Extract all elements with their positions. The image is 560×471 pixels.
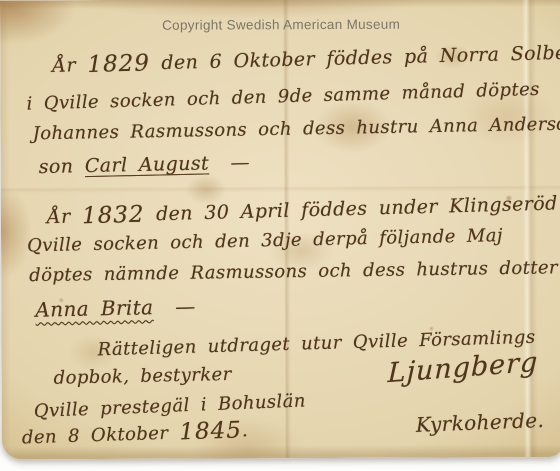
attestation-date-prefix: den 8 Oktober bbox=[22, 423, 169, 449]
signature-title: Kyrkoherde. bbox=[415, 408, 544, 437]
attestation-year: 1845 bbox=[179, 417, 242, 445]
entry1-line1-prefix: År bbox=[52, 54, 76, 77]
attestation-date-period: . bbox=[242, 420, 249, 441]
entry2-line1-prefix: År bbox=[47, 206, 71, 229]
entry1-line3: Johannes Rasmussons och dess hustru Anna… bbox=[32, 113, 560, 145]
attestation-date: den 8 Oktober 1845. bbox=[22, 417, 249, 450]
entry2-line4: Anna Brita — bbox=[35, 294, 195, 321]
entry1-line4-prefix: son bbox=[39, 155, 74, 178]
entry2-line3: döptes nämnde Rasmussons och dess hustru… bbox=[29, 257, 558, 286]
entry1-line1-rest: den 6 Oktober föddes på Norra Solberg bbox=[161, 41, 560, 74]
entry2-line1-rest: den 30 April föddes under Klingseröd i bbox=[156, 192, 560, 225]
entry2-line1: År 1832 den 30 April föddes under Klings… bbox=[47, 190, 560, 230]
child-name-carl-august: Carl August bbox=[85, 152, 210, 177]
dash: — bbox=[220, 152, 249, 175]
child-name-anna-brita: Anna Brita bbox=[35, 295, 154, 322]
entry1-year: 1829 bbox=[87, 50, 150, 78]
attestation-line2: dopbok, bestyrker bbox=[53, 364, 231, 389]
entry1-line2: i Qville socken och den 9de samme månad … bbox=[26, 79, 540, 115]
entry1-line4: son Carl August — bbox=[39, 152, 250, 179]
aged-paper: Copyright Swedish American Museum År 182… bbox=[0, 0, 560, 459]
scanned-document-photo: Copyright Swedish American Museum År 182… bbox=[0, 0, 560, 471]
attestation-place: Qville prestegäl i Bohuslän bbox=[33, 390, 306, 422]
entry1-line1: År 1829 den 6 Oktober föddes på Norra So… bbox=[52, 39, 560, 79]
signature-name: Ljungberg bbox=[387, 347, 538, 389]
dash: — bbox=[165, 294, 196, 319]
entry2-line2: Qville socken och den 3dje derpå följand… bbox=[27, 225, 503, 256]
entry2-year: 1832 bbox=[82, 202, 145, 230]
copyright-watermark: Copyright Swedish American Museum bbox=[0, 16, 560, 33]
